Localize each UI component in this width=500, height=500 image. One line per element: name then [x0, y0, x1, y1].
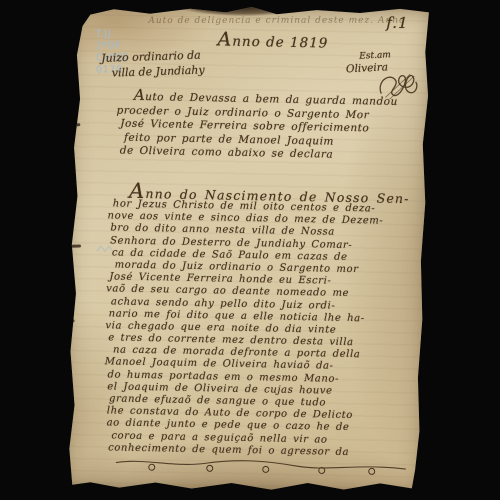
body-paragraph: Anno do Nascimento de Nosso Sen- hor Jez… — [106, 184, 415, 460]
manuscript-page: T.JJ 1ªOF Cx005 0170 Auto de deligencia … — [61, 2, 432, 495]
photo-background: T.JJ 1ªOF Cx005 0170 Auto de deligencia … — [0, 0, 500, 500]
folio-mark: f.1 — [386, 14, 409, 32]
binding-mark — [69, 123, 80, 127]
archival-code-line: T.JJ — [95, 28, 129, 41]
binding-mark — [68, 179, 76, 183]
line-filler-flourish — [114, 454, 410, 480]
court-heading-line: villa de Jundiahy — [112, 63, 205, 81]
court-heading: Juizo ordinario da villa de Jundiahy — [101, 48, 205, 80]
binding-mark — [65, 319, 74, 323]
binding-mark — [67, 244, 81, 247]
binding-mark — [66, 297, 73, 301]
clerk-signature: Est.am Oliveira — [345, 48, 420, 76]
page-title: Anno de 1819 — [188, 28, 358, 53]
opening-paragraph: Auto de Devassa a bem da guarda mandou p… — [120, 89, 373, 164]
